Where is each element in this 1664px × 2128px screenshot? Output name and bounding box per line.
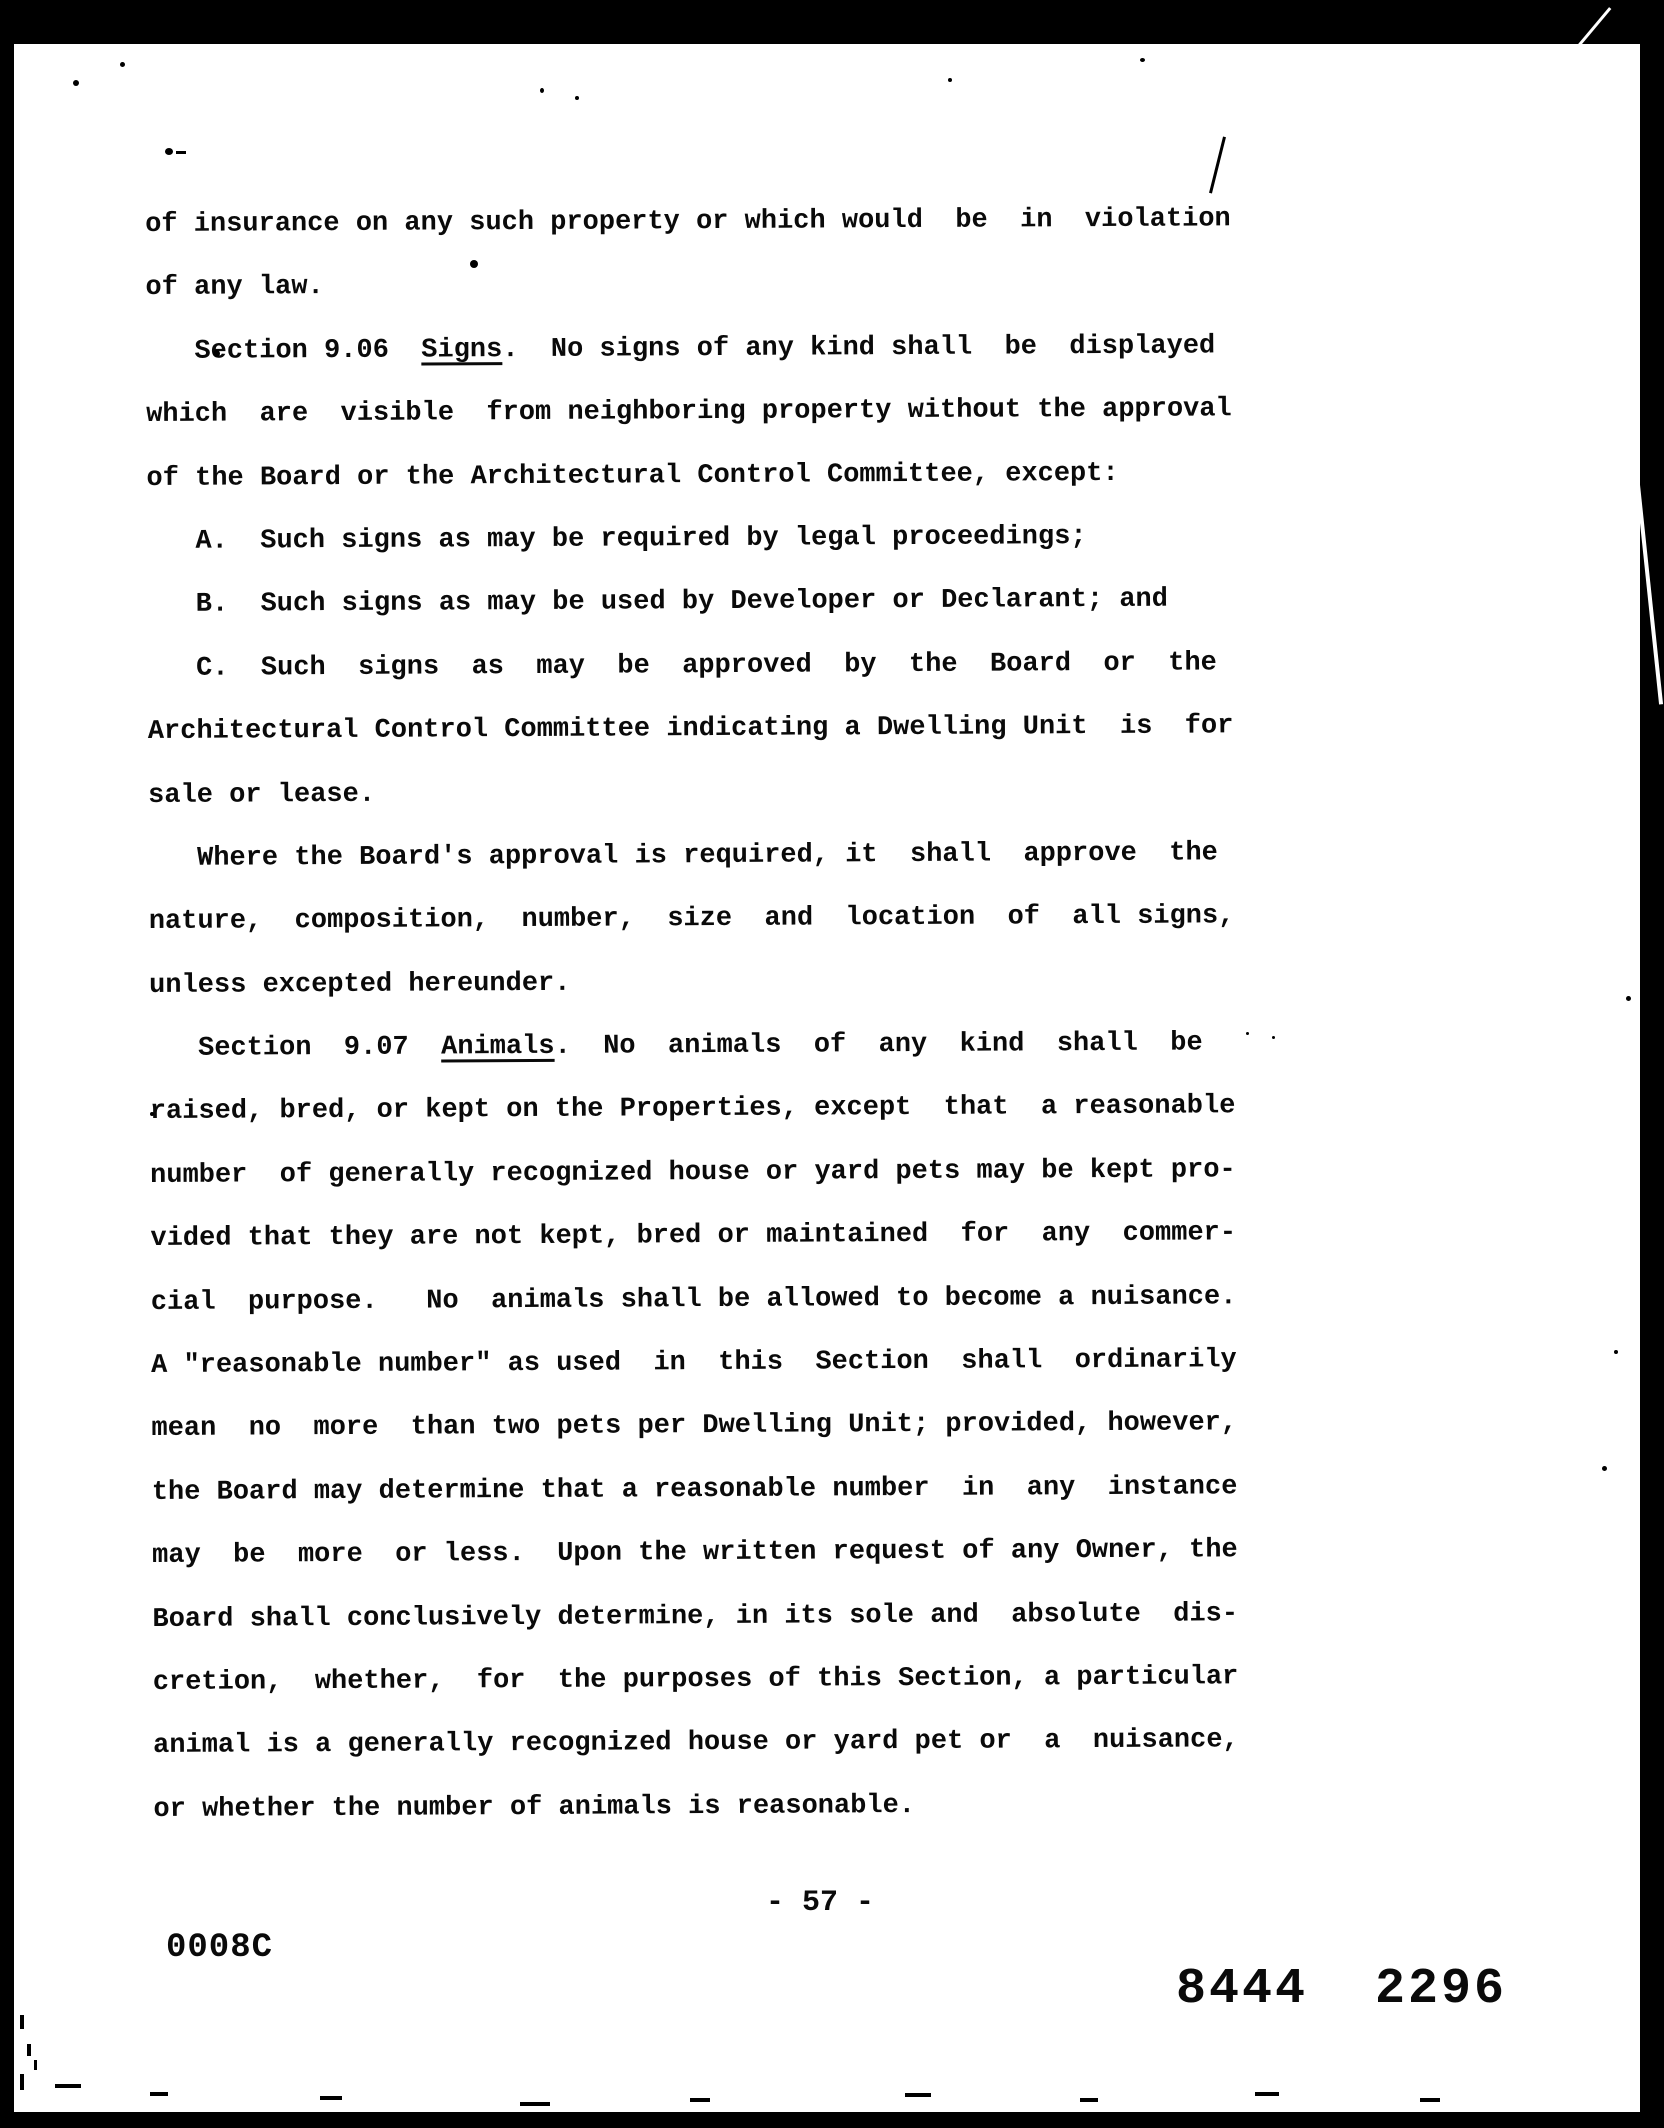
text-line: A "reasonable number" as used in this Se… [151, 1329, 1237, 1398]
scan-speck [320, 2096, 342, 2100]
scan-speck [73, 80, 79, 86]
text-line: the Board may determine that a reasonabl… [152, 1456, 1238, 1525]
scan-speck [1602, 1466, 1607, 1471]
scan-speck [20, 2015, 24, 2029]
text-line: cial purpose. No animals shall be allowe… [151, 1266, 1237, 1335]
scan-speck [575, 96, 579, 100]
text-line: Architectural Control Committee indicati… [148, 695, 1234, 764]
text-line: Where the Board's approval is required, … [148, 822, 1234, 891]
scan-border-bottom [0, 2112, 1664, 2128]
text-line: Board shall conclusively determine, in i… [152, 1583, 1238, 1652]
text-line: nature, composition, number, size and lo… [149, 886, 1235, 955]
scan-speck [1614, 1350, 1618, 1354]
scanned-page: of insurance on any such property or whi… [0, 0, 1664, 2128]
text-line: or whether the number of animals is reas… [153, 1773, 1239, 1842]
text-line: of the Board or the Architectural Contro… [146, 442, 1232, 511]
scan-border-right [1640, 0, 1664, 2128]
scan-speck [1209, 136, 1226, 193]
text-line: cretion, whether, for the purposes of th… [153, 1646, 1239, 1715]
text-line: may be more or less. Upon the written re… [152, 1520, 1238, 1589]
scan-speck [1080, 2098, 1098, 2102]
scan-speck [150, 1112, 154, 1116]
scan-speck [55, 2084, 81, 2088]
text-line: of any law. [145, 252, 1231, 321]
text-line: animal is a generally recognized house o… [153, 1710, 1239, 1779]
text-line: mean no more than two pets per Dwelling … [151, 1393, 1237, 1462]
scan-speck [1140, 58, 1145, 62]
scan-speck [20, 2074, 24, 2090]
text-line: B. Such signs as may be used by Develope… [147, 569, 1233, 638]
text-line: which are visible from neighboring prope… [146, 378, 1232, 447]
text-line: vided that they are not kept, bred or ma… [150, 1203, 1236, 1272]
scan-border-top [0, 0, 1664, 44]
scan-speck [520, 2102, 550, 2106]
page-number: - 57 - [766, 1885, 874, 1921]
scan-border-left [0, 0, 14, 2128]
scan-speck [1626, 996, 1631, 1001]
text-line: sale or lease. [148, 759, 1234, 828]
scan-speck [470, 260, 478, 268]
scan-speck [690, 2098, 710, 2102]
scan-speck [540, 88, 544, 93]
text-line: of insurance on any such property or whi… [145, 188, 1231, 257]
scan-speck [905, 2093, 931, 2097]
scan-speck [120, 62, 125, 67]
scan-speck [1246, 1032, 1249, 1035]
scan-speck [176, 151, 186, 154]
scan-speck [948, 78, 952, 82]
text-line: C. Such signs as may be approved by the … [147, 632, 1233, 701]
scan-speck [213, 350, 220, 357]
scan-speck [150, 2092, 168, 2096]
text-line: Section 9.06 Signs. No signs of any kind… [146, 315, 1232, 384]
document-text: of insurance on any such property or whi… [145, 188, 1239, 1842]
text-line: Section 9.07 Animals. No animals of any … [149, 1012, 1235, 1081]
text-line: A. Such signs as may be required by lega… [147, 505, 1233, 574]
scan-speck [1420, 2098, 1440, 2102]
document-code: 0008C [166, 1928, 273, 1968]
scan-speck [165, 148, 173, 155]
text-line: raised, bred, or kept on the Properties,… [150, 1076, 1236, 1145]
scan-speck [34, 2060, 37, 2070]
scan-speck [1255, 2092, 1279, 2096]
text-line: number of generally recognized house or … [150, 1139, 1236, 1208]
recorder-stamp-number: 8444 2296 [1176, 1962, 1507, 2018]
text-line: unless excepted hereunder. [149, 949, 1235, 1018]
scan-speck [27, 2044, 31, 2056]
scan-speck [1272, 1036, 1275, 1039]
